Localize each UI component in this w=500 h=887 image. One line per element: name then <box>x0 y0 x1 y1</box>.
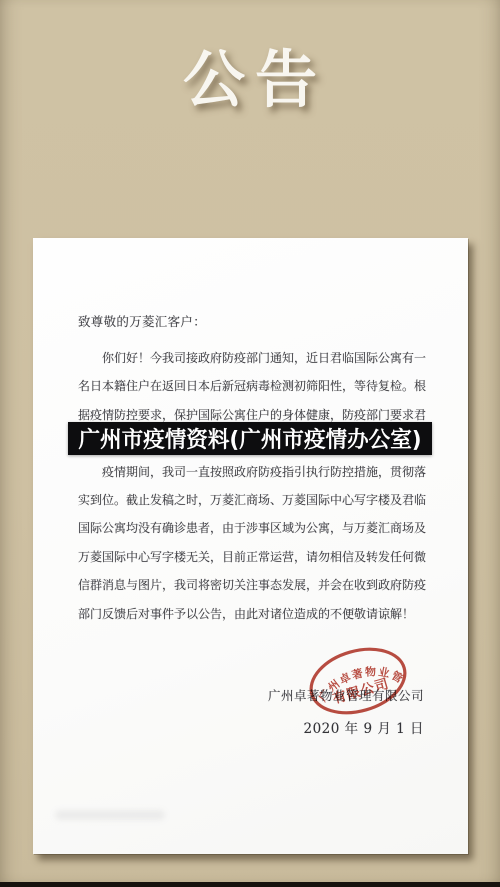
letter-line: 名日本籍住户在返回日本后新冠病毒检测初筛阳性，等待复检。根 <box>78 372 428 400</box>
overlay-caption-text: 广州市疫情资料(广州市疫情办公室) <box>78 423 421 454</box>
notice-title: 公告 <box>0 46 500 114</box>
photo-background: 公告 致尊敬的万菱汇客户： 你们好！今我司接政府防疫部门通知，近日君临国际公寓有… <box>0 0 500 887</box>
letter-paper: 致尊敬的万菱汇客户： 你们好！今我司接政府防疫部门通知，近日君临国际公寓有一 名… <box>33 238 468 854</box>
letter-line: 疫情期间，我司一直按照政府防疫指引执行防控措施，贯彻落 <box>78 458 428 486</box>
bottom-black-bar <box>0 882 500 887</box>
letter-line: 国际公寓均没有确诊患者，由于涉事区域为公寓，与万菱汇商场及 <box>78 514 428 542</box>
letter-line: 万菱国际中心写字楼无关，目前正常运营，请勿相信及转发任何微 <box>78 543 428 571</box>
letter-line: 部门反馈后对事件予以公告，由此对诸位造成的不便敬请谅解！ <box>78 600 428 628</box>
overlay-caption-banner: 广州市疫情资料(广州市疫情办公室) <box>68 422 432 455</box>
letter-line: 信群消息与图片，我司将密切关注事态发展，并会在收到政府防疫 <box>78 571 428 599</box>
letter-salutation: 致尊敬的万菱汇客户： <box>78 312 206 330</box>
letter-line: 你们好！今我司接政府防疫部门通知，近日君临国际公寓有一 <box>78 344 428 372</box>
photo-smudge-artifact <box>55 810 165 820</box>
letter-body: 你们好！今我司接政府防疫部门通知，近日君临国际公寓有一 名日本籍住户在返回日本后… <box>78 344 428 628</box>
letter-line: 实到位。截止发稿之时，万菱汇商场、万菱国际中心写字楼及君临 <box>78 486 428 514</box>
